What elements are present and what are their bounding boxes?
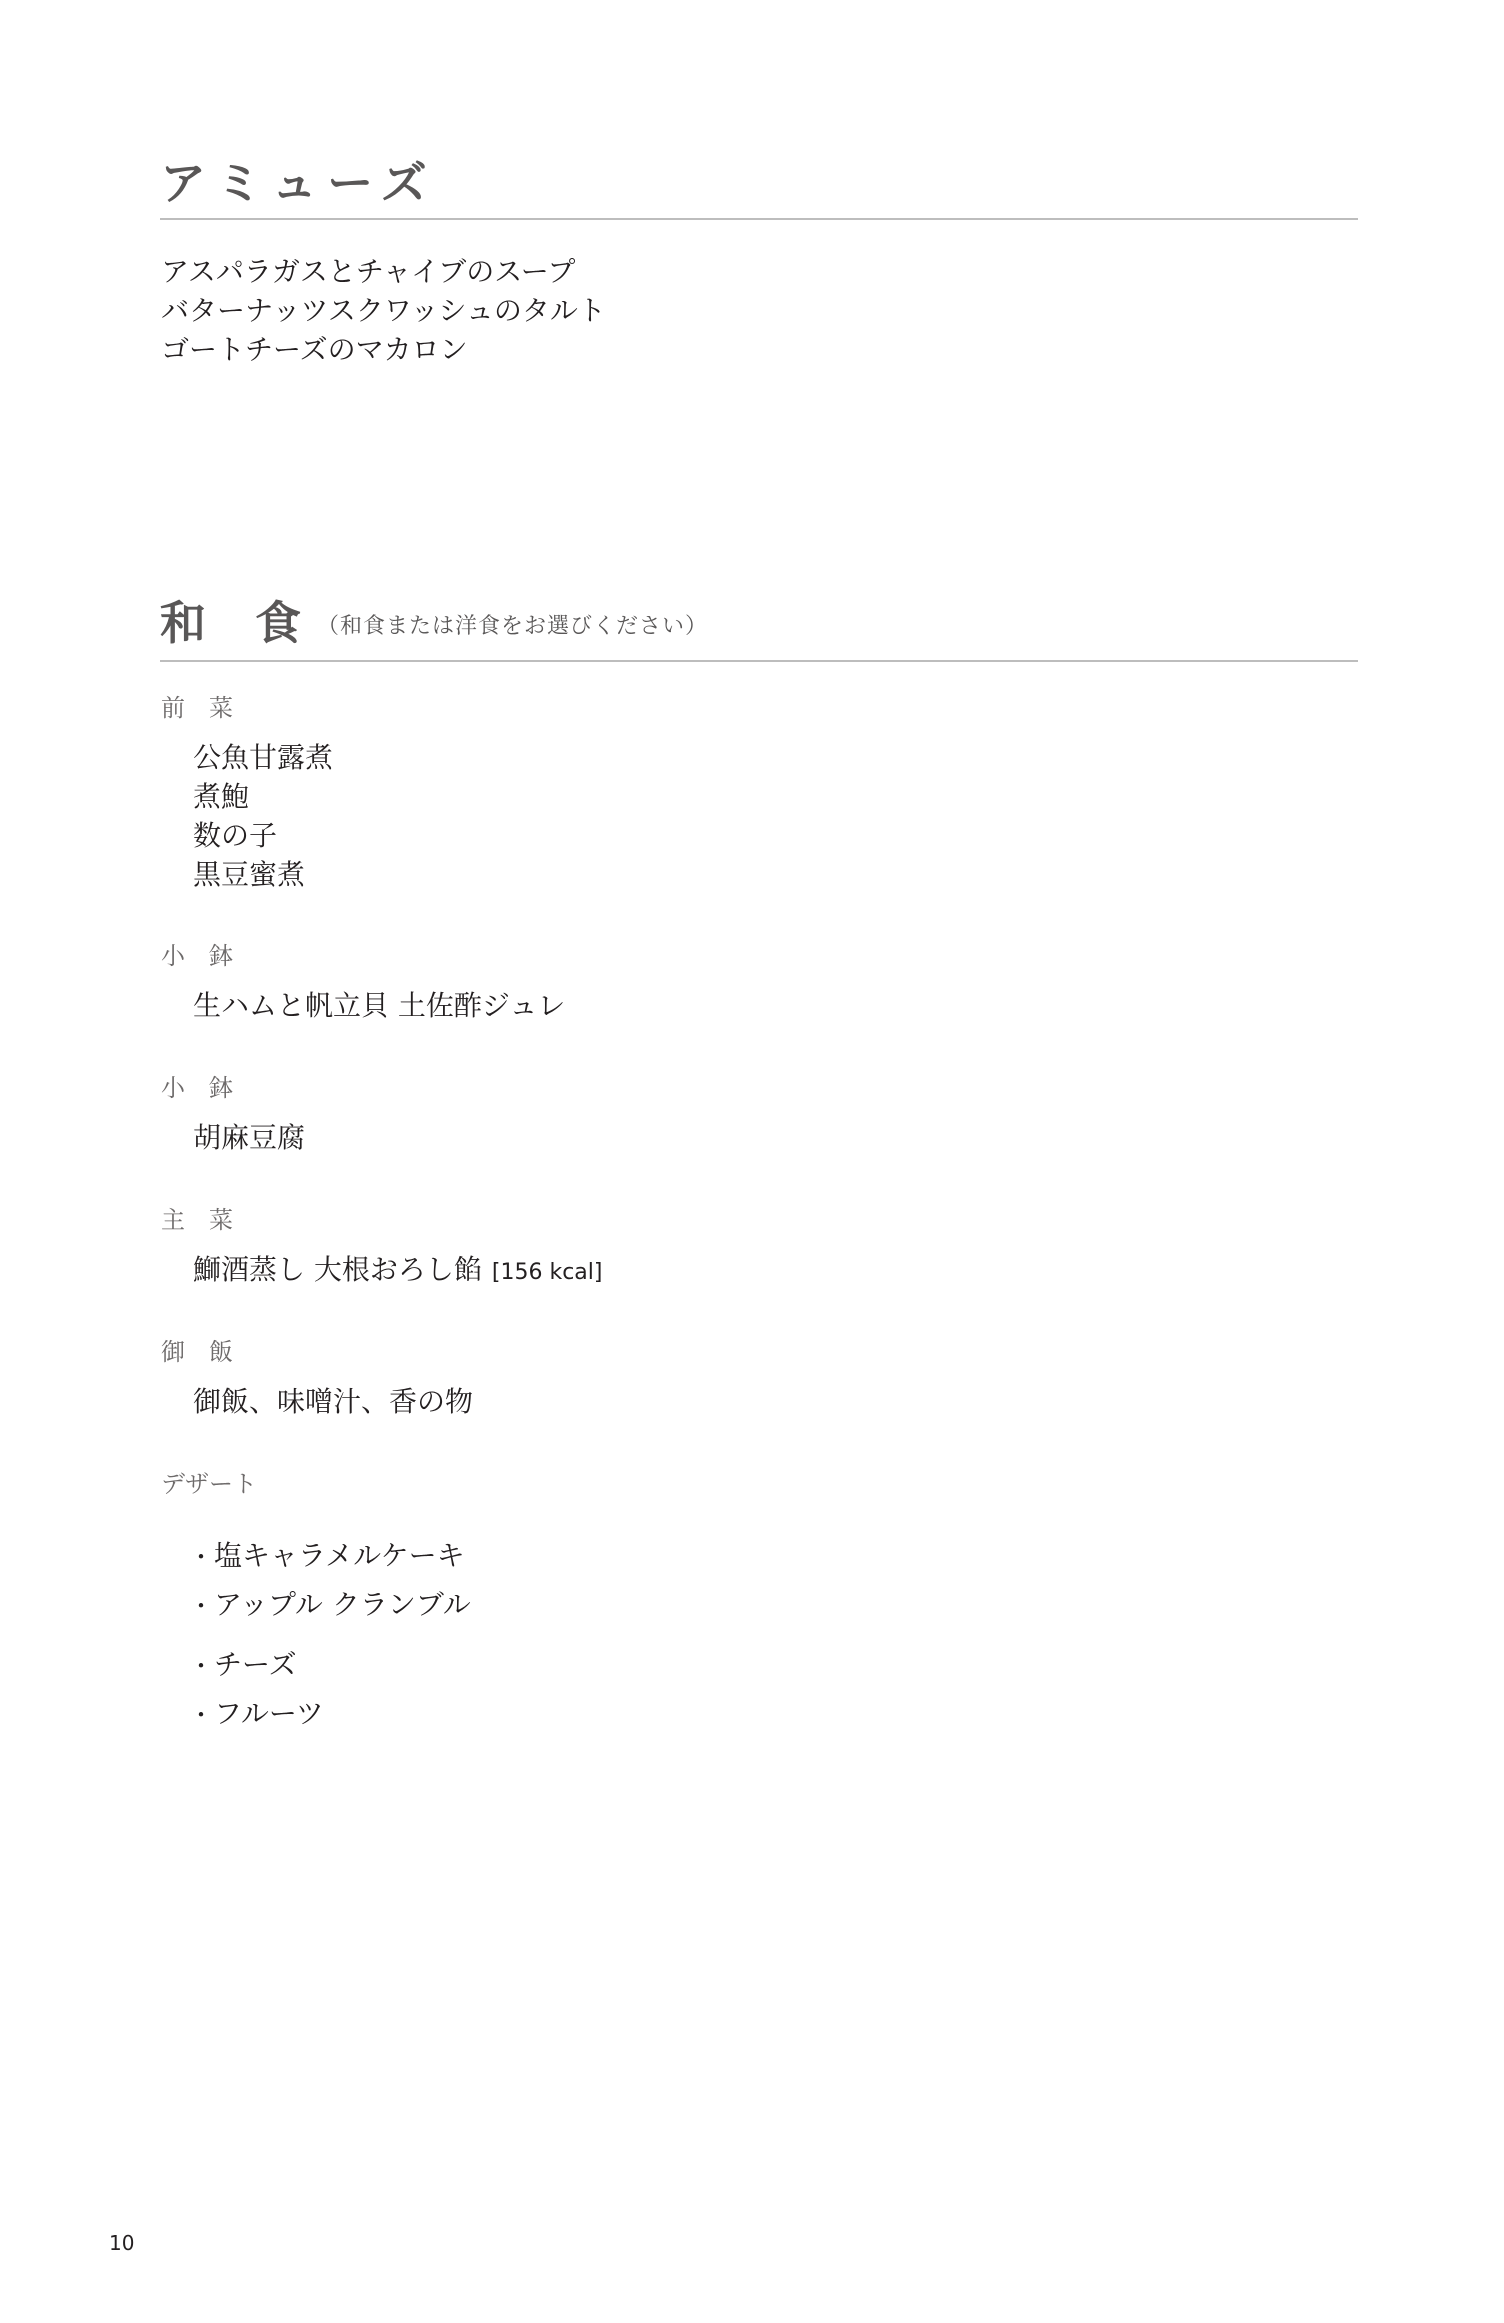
dessert-item: ・塩キャラメルケーキ [189,1542,465,1570]
dish-item: 煮鮑 [193,777,333,816]
course-label-a: 主 [161,1206,185,1234]
calorie-label: [156 kcal] [492,1260,603,1285]
course-label-b: 菜 [209,694,233,722]
course-label: デザート [161,1472,257,1496]
bullet-icon: ・ [189,1703,214,1727]
dish-list: 御飯、味噌汁、香の物 [193,1382,473,1421]
menu-page: アミューズ アスパラガスとチャイブのスープ バターナッツスクワッシュのタルト ゴ… [0,0,1504,2323]
dish-item: 公魚甘露煮 [193,738,333,777]
amuse-item: アスパラガスとチャイブのスープ [161,252,606,291]
course-label: 御飯 [161,1340,233,1364]
course-label-a: 御 [161,1338,185,1366]
course-label-b: 菜 [209,1206,233,1234]
course-label: 前菜 [161,696,233,720]
course-main: 主菜 鰤酒蒸し 大根おろし餡[156 kcal] [161,1208,233,1232]
washoku-title-char2: 食 [255,596,301,650]
course-label: 小鉢 [161,1076,233,1100]
dessert-item: ・アップル クランブル [189,1591,471,1619]
dessert-item: ・チーズ [189,1651,297,1679]
dessert-item: ・フルーツ [189,1700,324,1728]
washoku-divider [160,660,1358,662]
course-label: 小鉢 [161,944,233,968]
dish-item: 胡麻豆腐 [193,1118,305,1157]
course-rice: 御飯 御飯、味噌汁、香の物 [161,1340,233,1364]
dish-item: 鰤酒蒸し 大根おろし餡[156 kcal] [193,1250,603,1292]
course-label-b: 飯 [209,1338,233,1366]
course-appetizer: 前菜 公魚甘露煮 煮鮑 数の子 黒豆蜜煮 [161,696,233,720]
dish-item: 黒豆蜜煮 [193,855,333,894]
dish-list: 公魚甘露煮 煮鮑 数の子 黒豆蜜煮 [193,738,333,894]
course-dessert: デザート ・塩キャラメルケーキ ・アップル クランブル ・チーズ ・フルーツ [161,1472,257,1496]
dish-item: 数の子 [193,816,333,855]
course-label-b: 鉢 [209,1074,233,1102]
bullet-icon: ・ [189,1654,214,1678]
course-label-a: 前 [161,694,185,722]
washoku-title: 和食（和食または洋食をお選びください） [160,600,708,646]
dish-list: 鰤酒蒸し 大根おろし餡[156 kcal] [193,1250,603,1292]
amuse-item: ゴートチーズのマカロン [161,330,606,369]
bullet-icon: ・ [189,1594,214,1618]
amuse-list: アスパラガスとチャイブのスープ バターナッツスクワッシュのタルト ゴートチーズの… [161,252,606,369]
course-label-b: 鉢 [209,942,233,970]
bullet-icon: ・ [189,1545,214,1569]
washoku-title-char1: 和 [160,600,255,646]
dish-list: 胡麻豆腐 [193,1118,305,1157]
dish-item: 御飯、味噌汁、香の物 [193,1382,473,1421]
washoku-note: （和食または洋食をお選びください） [317,614,708,639]
course-small-dish-2: 小鉢 胡麻豆腐 [161,1076,233,1100]
amuse-title: アミューズ [160,160,437,206]
dish-item: 生ハムと帆立貝 土佐酢ジュレ [193,986,565,1025]
page-number: 10 [109,2231,134,2255]
course-label-a: 小 [161,942,185,970]
amuse-item: バターナッツスクワッシュのタルト [161,291,606,330]
dish-name: 鰤酒蒸し 大根おろし餡 [193,1253,482,1286]
course-label: 主菜 [161,1208,233,1232]
course-label-a: 小 [161,1074,185,1102]
amuse-divider [160,218,1358,220]
course-small-dish-1: 小鉢 生ハムと帆立貝 土佐酢ジュレ [161,944,233,968]
dish-list: 生ハムと帆立貝 土佐酢ジュレ [193,986,565,1025]
